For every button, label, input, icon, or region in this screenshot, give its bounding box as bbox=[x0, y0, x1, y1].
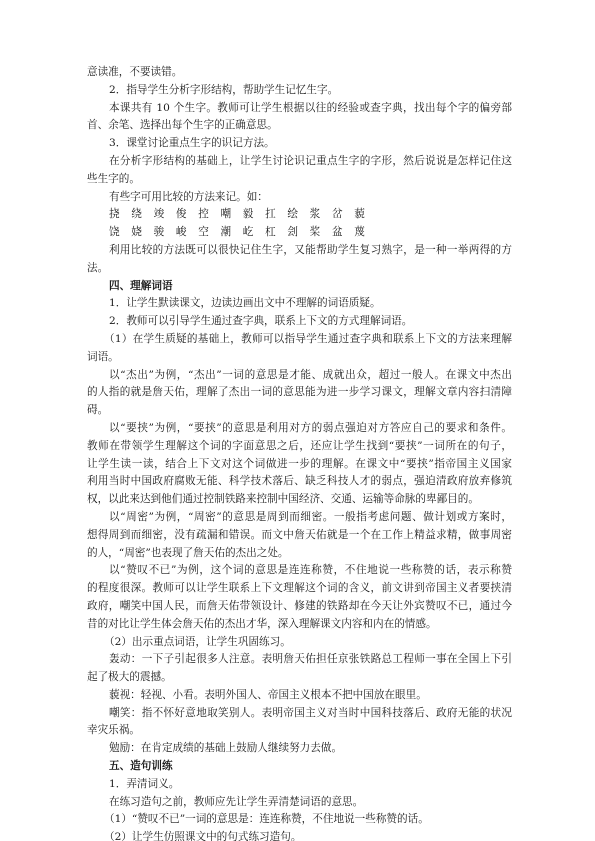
section-heading-sentence-practice: 五、造句训练 bbox=[87, 758, 512, 776]
text-line: 2．教师可以引导学生通过查字典，联系上下文的方式理解词语。 bbox=[87, 313, 512, 331]
text-line: 1．让学生默读课文，边读边画出文中不理解的词语质疑。 bbox=[87, 295, 512, 313]
text-line: 3．课堂讨论重点生字的识记方法。 bbox=[87, 135, 512, 153]
text-line: 政府，嘲笑中国人民，而詹天佑带领设计、修建的铁路却在今天让外宾赞叹不已，通过今 bbox=[87, 598, 512, 616]
character: 峻 bbox=[176, 224, 198, 242]
text-line: 以“要挟”为例，“要挟”的意思是利用对方的弱点强迫对方答应自己的要求和条件。 bbox=[87, 420, 512, 438]
text-line: 的人指的就是詹天佑，理解了杰出一词的意思能为进一步学习课文，理解文章内容扫清障 bbox=[87, 384, 512, 402]
text-line: 有些字可用比较的方法来记。如： bbox=[87, 189, 512, 207]
text-line: 的程度很深。教师可以让学生联系上下文理解这个词的含义，前文讲到帝国主义者要挟清 bbox=[87, 580, 512, 598]
text-line: 让学生读一读，结合上下文对这个词做进一步的理解。在课文中“要挟”指帝国主义国家 bbox=[87, 456, 512, 474]
text-line: （2）让学生仿照课文中的句式练习造句。 bbox=[87, 829, 512, 841]
character: 饶 bbox=[109, 224, 131, 242]
text-line: 以“杰出”为例，“杰出”一词的意思是才能、成就出众，超过一般人。在课文中杰出 bbox=[87, 367, 512, 385]
text-line: 意读准，不要读错。 bbox=[87, 64, 512, 82]
text-line: 藐视：轻视、小看。表明外国人、帝国主义根本不把中国放在眼里。 bbox=[87, 687, 512, 705]
character: 毅 bbox=[243, 206, 265, 224]
character: 藐 bbox=[354, 206, 376, 224]
text-line: 幸灾乐祸。 bbox=[87, 722, 512, 740]
document-page: 意读准，不要读错。 2．指导学生分析字形结构，帮助学生记忆生字。 本课共有 10… bbox=[87, 64, 512, 841]
text-line: 昔的对比让学生体会詹天佑的杰出才华，深入理解课文内容和内在的情感。 bbox=[87, 616, 512, 634]
character: 骏 bbox=[154, 224, 176, 242]
character: 岔 bbox=[332, 206, 354, 224]
character: 空 bbox=[198, 224, 220, 242]
character: 娆 bbox=[131, 224, 153, 242]
text-line: 词语。 bbox=[87, 349, 512, 367]
text-line: 首、余笔、选择出每个生字的正确意思。 bbox=[87, 117, 512, 135]
character: 绕 bbox=[131, 206, 153, 224]
character: 嘲 bbox=[220, 206, 242, 224]
text-line: 碍。 bbox=[87, 402, 512, 420]
character: 控 bbox=[198, 206, 220, 224]
text-line: 利用比较的方法既可以很快记住生字，又能帮助学生复习熟字，是一种一举两得的方 bbox=[87, 242, 512, 260]
character: 浆 bbox=[310, 206, 332, 224]
character: 杠 bbox=[265, 224, 287, 242]
character: 潮 bbox=[220, 224, 242, 242]
text-line: 1．弄清词义。 bbox=[87, 776, 512, 794]
text-line: 本课共有 10 个生字。教师可让学生根据以往的经验或查字典，找出每个字的偏旁部 bbox=[87, 100, 512, 118]
text-line: 勉励：在肯定成绩的基础上鼓励人继续努力去做。 bbox=[87, 740, 512, 758]
text-line: 想得周到而细密，没有疏漏和错误。而文中詹天佑就是一个在工作上精益求精，做事周密 bbox=[87, 527, 512, 545]
character-comparison-row-2: 饶娆骏峻空潮屹杠刽桨盆蔑 bbox=[87, 224, 512, 242]
text-line: 以“周密”为例，“周密”的意思是周到而细密。一般指考虑问题、做计划或方案时， bbox=[87, 509, 512, 527]
character: 扛 bbox=[265, 206, 287, 224]
section-heading-understand-words: 四、理解词语 bbox=[87, 278, 512, 296]
character-comparison-row-1: 挠绕竣俊控嘲毅扛绘浆岔藐 bbox=[87, 206, 512, 224]
character: 屹 bbox=[243, 224, 265, 242]
character: 盆 bbox=[332, 224, 354, 242]
text-line: （2）出示重点词语，让学生巩固练习。 bbox=[87, 634, 512, 652]
text-line: 轰动：一下子引起很多人注意。表明詹天佑担任京张铁路总工程师一事在全国上下引 bbox=[87, 651, 512, 669]
text-line: （1）“赞叹不已”一词的意思是：连连称赞，不住地说一些称赞的话。 bbox=[87, 811, 512, 829]
character: 挠 bbox=[109, 206, 131, 224]
text-line: 在分析字形结构的基础上，让学生讨论识记重点生字的字形，然后说说是怎样记住这 bbox=[87, 153, 512, 171]
text-line: （1）在学生质疑的基础上，教师可以指导学生通过查字典和联系上下文的方法来理解 bbox=[87, 331, 512, 349]
character: 竣 bbox=[154, 206, 176, 224]
text-line: 教师在带领学生理解这个词的字面意思之后，还应让学生找到“要挟”一词所在的句子， bbox=[87, 438, 512, 456]
text-line: 2．指导学生分析字形结构，帮助学生记忆生字。 bbox=[87, 82, 512, 100]
text-line: 起了极大的震撼。 bbox=[87, 669, 512, 687]
text-line: 利用当时中国政府腐败无能、科学技术落后、缺乏科技人才的弱点，强迫清政府放弃修筑 bbox=[87, 473, 512, 491]
character: 蔑 bbox=[354, 224, 376, 242]
text-line: 以“赞叹不已”为例，这个词的意思是连连称赞，不住地说一些称赞的话，表示称赞 bbox=[87, 562, 512, 580]
text-line: 嘲笑：指不怀好意地取笑别人。表明帝国主义对当时中国科技落后、政府无能的状况 bbox=[87, 705, 512, 723]
text-line: 在练习造句之前，教师应先让学生弄清楚词语的意思。 bbox=[87, 794, 512, 812]
text-line: 法。 bbox=[87, 260, 512, 278]
character: 绘 bbox=[287, 206, 309, 224]
text-line: 的人，“周密”也表现了詹天佑的杰出之处。 bbox=[87, 545, 512, 563]
text-line: 权，以此来达到他们通过控制铁路来控制中国经济、交通、运输等命脉的卑鄙目的。 bbox=[87, 491, 512, 509]
text-line: 些生字的。 bbox=[87, 171, 512, 189]
character: 桨 bbox=[310, 224, 332, 242]
character: 刽 bbox=[287, 224, 309, 242]
character: 俊 bbox=[176, 206, 198, 224]
